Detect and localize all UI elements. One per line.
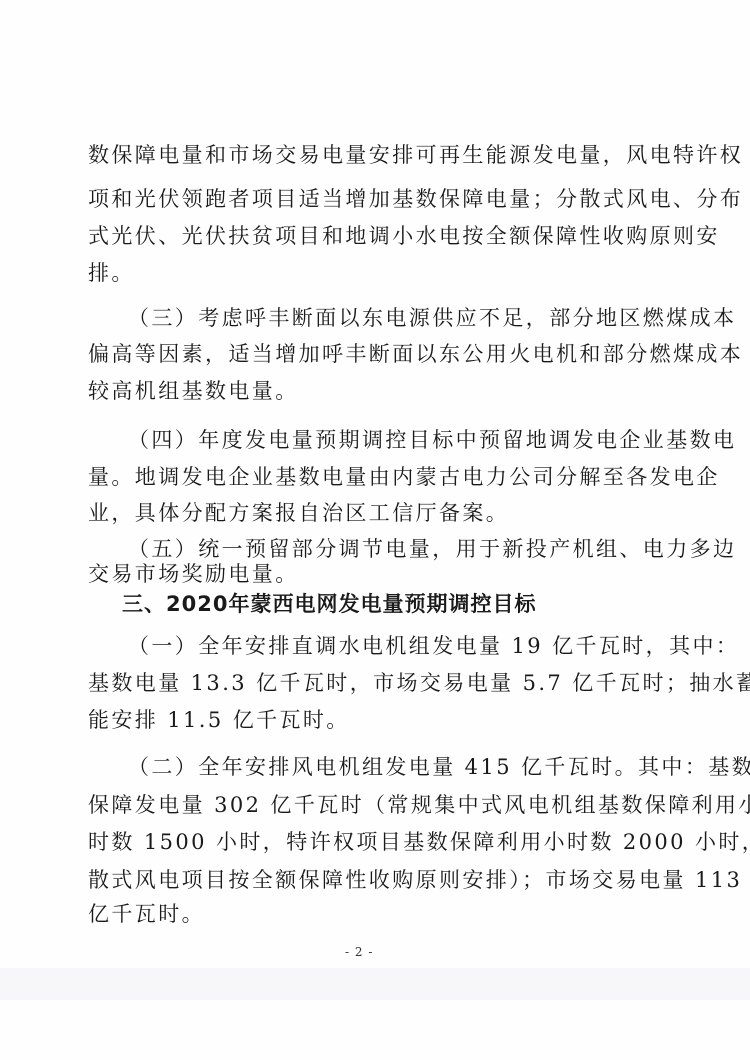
paragraph-line: 亿千瓦时。 (88, 901, 668, 927)
paragraph-line: 偏高等因素，适当增加呼丰断面以东公用火电机和部分燃煤成本 (88, 341, 668, 367)
paragraph-line: 基数电量 13.3 亿千瓦时，市场交易电量 5.7 亿千瓦时；抽水蓄 (88, 670, 668, 696)
paragraph-line: 式光伏、光伏扶贫项目和地调小水电按全额保障性收购原则安 (88, 223, 668, 249)
paragraph-line: （二）全年安排风电机组发电量 415 亿千瓦时。其中：基数 (128, 754, 668, 780)
paragraph-line: 时数 1500 小时，特许权项目基数保障利用小时数 2000 小时，分 (88, 829, 668, 855)
section-heading: 三、2020年蒙西电网发电量预期调控目标 (122, 591, 536, 617)
paragraph-line: （四）年度发电量预期调控目标中预留地调发电企业基数电 (128, 427, 668, 453)
scan-artifact (0, 968, 750, 1000)
paragraph-line: 项和光伏领跑者项目适当增加基数保障电量；分散式风电、分布 (88, 186, 668, 212)
paragraph-line: 较高机组基数电量。 (88, 378, 668, 404)
document-page: 数保障电量和市场交易电量安排可再生能源发电量，风电特许权 项和光伏领跑者项目适当… (0, 0, 750, 1060)
paragraph-line: （一）全年安排直调水电机组发电量 19 亿千瓦时，其中： (128, 633, 668, 659)
paragraph-line: 量。地调发电企业基数电量由内蒙古电力公司分解至各发电企 (88, 464, 668, 490)
paragraph-line: 交易市场奖励电量。 (88, 561, 668, 587)
paragraph-line: （三）考虑呼丰断面以东电源供应不足，部分地区燃煤成本 (128, 305, 668, 331)
paragraph-line: 数保障电量和市场交易电量安排可再生能源发电量，风电特许权 (88, 142, 668, 168)
paragraph-line: 散式风电项目按全额保障性收购原则安排）；市场交易电量 113 (88, 867, 668, 893)
paragraph-line: 业，具体分配方案报自治区工信厅备案。 (88, 500, 668, 526)
paragraph-line: 能安排 11.5 亿千瓦时。 (88, 707, 668, 733)
paragraph-line: 排。 (88, 260, 668, 286)
page-number: - 2 - (345, 945, 373, 959)
paragraph-line: 保障发电量 302 亿千瓦时（常规集中式风电机组基数保障利用小 (88, 792, 668, 818)
paragraph-line: （五）统一预留部分调节电量，用于新投产机组、电力多边 (128, 536, 668, 562)
